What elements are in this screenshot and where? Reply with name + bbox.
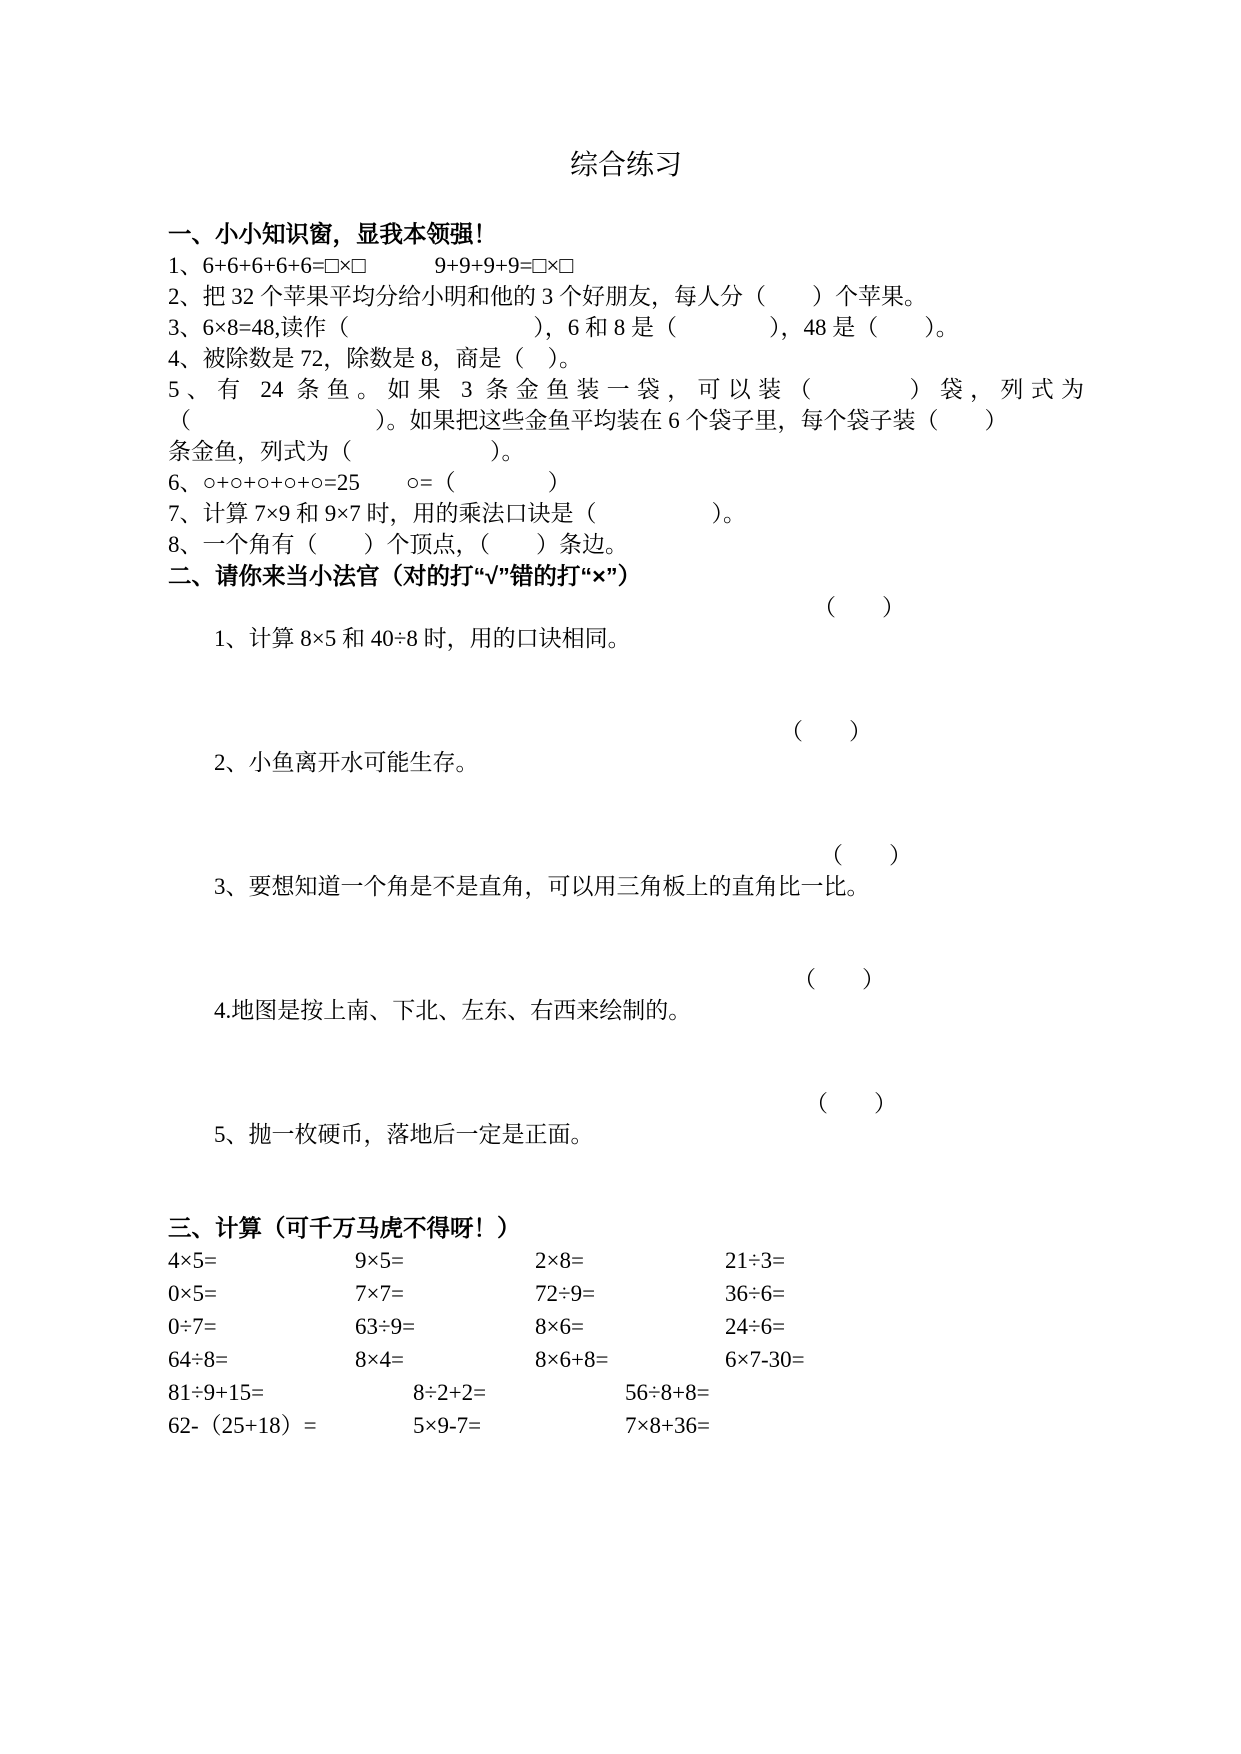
- calc-expression: 9×5=: [355, 1244, 535, 1277]
- calc-row-4: 64÷8= 8×4= 8×6+8= 6×7-30=: [168, 1343, 1084, 1376]
- calc-expression: 8÷2+2=: [413, 1376, 625, 1409]
- answer-bracket: （ ）: [780, 716, 872, 747]
- calc-expression: 8×6=: [535, 1310, 725, 1343]
- calc-expression: 72÷9=: [535, 1277, 725, 1310]
- judge-item-5: 5、抛一枚硬币，落地后一定是正面。 （ ）: [168, 1088, 1084, 1212]
- calc-row-2: 0×5= 7×7= 72÷9= 36÷6=: [168, 1277, 1084, 1310]
- page-title: 综合练习: [168, 148, 1084, 184]
- fill-blank-item-6: 6、○+○+○+○+○=25 ○=（ ）: [168, 467, 1084, 498]
- fill-blank-item-8: 8、一个角有（ ）个顶点，（ ）条边。: [168, 529, 1084, 560]
- calc-row-6: 62-（25+18）= 5×9-7= 7×8+36=: [168, 1409, 1084, 1442]
- calc-expression: 0×5=: [168, 1277, 355, 1310]
- calc-expression: 0÷7=: [168, 1310, 355, 1343]
- judge-item-3: 3、要想知道一个角是不是直角，可以用三角板上的直角比一比。 （ ）: [168, 840, 1084, 964]
- calc-expression: 4×5=: [168, 1244, 355, 1277]
- judge-item-text: 2、小鱼离开水可能生存。: [214, 750, 479, 775]
- calc-row-1: 4×5= 9×5= 2×8= 21÷3=: [168, 1244, 1084, 1277]
- fill-blank-item-4: 4、被除数是 72，除数是 8，商是（ ）。: [168, 343, 1084, 374]
- section-one-header: 一、小小知识窗，显我本领强！: [168, 218, 1084, 250]
- answer-bracket: （ ）: [820, 840, 912, 871]
- section-three-header: 三、计算（可千万马虎不得呀！）: [168, 1212, 1084, 1244]
- calc-expression: 62-（25+18）=: [168, 1409, 413, 1442]
- judge-item-4: 4.地图是按上南、下北、左东、右西来绘制的。 （ ）: [168, 964, 1084, 1088]
- fill-blank-item-2: 2、把 32 个苹果平均分给小明和他的 3 个好朋友，每人分（ ）个苹果。: [168, 281, 1084, 312]
- judge-item-text: 3、要想知道一个角是不是直角，可以用三角板上的直角比一比。: [214, 874, 870, 899]
- calc-expression: 7×7=: [355, 1277, 535, 1310]
- answer-bracket: （ ）: [805, 1088, 897, 1119]
- calc-row-5: 81÷9+15= 8÷2+2= 56÷8+8=: [168, 1376, 1084, 1409]
- worksheet-content: 综合练习 一、小小知识窗，显我本领强！ 1、6+6+6+6+6=□×□ 9+9+…: [168, 148, 1084, 1442]
- calc-expression: 36÷6=: [725, 1277, 1084, 1310]
- section-two-header: 二、请你来当小法官（对的打“√”错的打“×”）: [168, 560, 1084, 592]
- fill-blank-item-5-cont-1: （ ）。如果把这些金鱼平均装在 6 个袋子里，每个袋子装（ ）: [168, 405, 1084, 436]
- judge-list: 1、计算 8×5 和 40÷8 时，用的口诀相同。 （ ） 2、小鱼离开水可能生…: [168, 592, 1084, 1212]
- calc-expression: 21÷3=: [725, 1244, 1084, 1277]
- fill-blank-item-5: 5、有 24 条鱼。如果 3 条金鱼装一袋，可以装（ ）袋，列式为: [168, 374, 1084, 405]
- calc-expression: 56÷8+8=: [625, 1376, 1084, 1409]
- answer-bracket: （ ）: [793, 964, 885, 995]
- calc-expression: 8×6+8=: [535, 1343, 725, 1376]
- fill-blank-item-5-cont-2: 条金鱼，列式为（ ）。: [168, 436, 1084, 467]
- calc-row-3: 0÷7= 63÷9= 8×6= 24÷6=: [168, 1310, 1084, 1343]
- calc-expression: 63÷9=: [355, 1310, 535, 1343]
- calc-expression: 2×8=: [535, 1244, 725, 1277]
- judge-item-text: 4.地图是按上南、下北、左东、右西来绘制的。: [214, 998, 691, 1023]
- judge-item-1: 1、计算 8×5 和 40÷8 时，用的口诀相同。 （ ）: [168, 592, 1084, 716]
- calc-expression: 7×8+36=: [625, 1409, 1084, 1442]
- calc-expression: 24÷6=: [725, 1310, 1084, 1343]
- worksheet-page: 综合练习 一、小小知识窗，显我本领强！ 1、6+6+6+6+6=□×□ 9+9+…: [0, 0, 1241, 1754]
- calc-expression: 81÷9+15=: [168, 1376, 413, 1409]
- answer-bracket: （ ）: [813, 592, 905, 623]
- calc-expression: 64÷8=: [168, 1343, 355, 1376]
- judge-item-text: 5、抛一枚硬币，落地后一定是正面。: [214, 1122, 594, 1147]
- fill-blank-item-1: 1、6+6+6+6+6=□×□ 9+9+9+9=□×□: [168, 250, 1084, 281]
- judge-item-text: 1、计算 8×5 和 40÷8 时，用的口诀相同。: [214, 626, 631, 651]
- judge-item-2: 2、小鱼离开水可能生存。 （ ）: [168, 716, 1084, 840]
- fill-blank-item-3: 3、6×8=48,读作（ ），6 和 8 是（ ），48 是（ ）。: [168, 312, 1084, 343]
- calc-expression: 6×7-30=: [725, 1343, 1084, 1376]
- fill-blank-item-7: 7、计算 7×9 和 9×7 时，用的乘法口诀是（ ）。: [168, 498, 1084, 529]
- calc-expression: 8×4=: [355, 1343, 535, 1376]
- calc-expression: 5×9-7=: [413, 1409, 625, 1442]
